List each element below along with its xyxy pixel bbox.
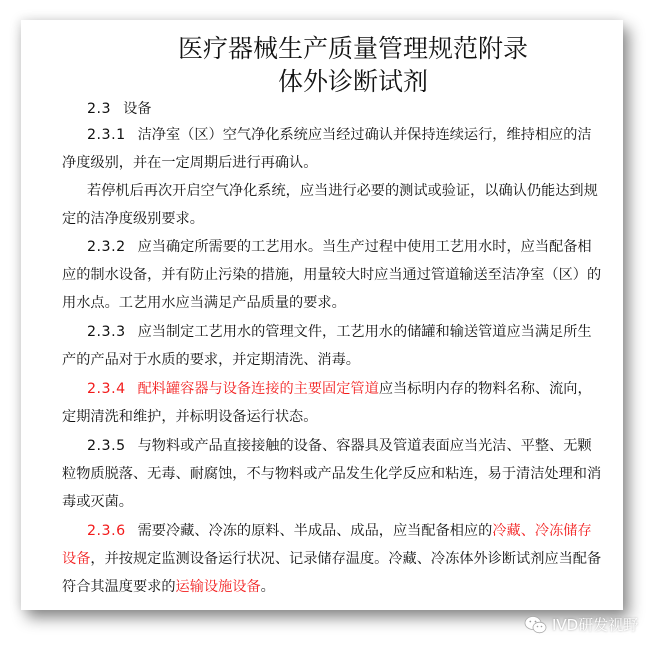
section-number: 2.3 (87, 101, 111, 117)
clause-text: 应当标明内存的物料名称、流向， (379, 381, 592, 397)
paragraph-2-3-4-line-2: 定期清洗和维护，并标明设备运行状态。 (62, 408, 317, 426)
highlighted-text: 配料罐容器与设备连接的主要固定管道 (138, 381, 379, 397)
paragraph-2-3-2-line-2: 应的制水设备，并有防止污染的措施，用量较大时应当通过管道输送至洁净室（区）的 (62, 266, 601, 284)
highlighted-text: 冷藏、冷冻储存 (492, 523, 591, 539)
clause-text: 应当确定所需要的工艺用水。当生产过程中使用工艺用水时，应当配备相 (138, 239, 592, 255)
paragraph-2-3-6-line-2: 设备，并按规定监测设备运行状况、记录储存温度。冷藏、冷冻体外诊断试剂应当配备 (62, 550, 601, 568)
clause-text: 。 (261, 579, 275, 595)
paragraph-2-3-6-line-1: 2.3.6需要冷藏、冷冻的原料、半成品、成品，应当配备相应的冷藏、冷冻储存 (87, 522, 592, 540)
clause-text: 与物料或产品直接接触的设备、容器具及管道表面应当光洁、平整、无颗 (138, 438, 592, 454)
clause-number: 2.3.2 (87, 239, 126, 255)
clause-number-highlighted: 2.3.4 (87, 381, 126, 397)
clause-text: 应当制定工艺用水的管理文件，工艺用水的储罐和输送管道应当满足所生 (138, 324, 592, 340)
paragraph-2-3-2-line-1: 2.3.2应当确定所需要的工艺用水。当生产过程中使用工艺用水时，应当配备相 (87, 238, 592, 256)
paragraph-2-3-3-line-2: 产的产品对于水质的要求，并定期清洗、消毒。 (62, 351, 360, 369)
clause-text: 需要冷藏、冷冻的原料、半成品、成品，应当配备相应的 (138, 523, 493, 539)
paragraph-2-3-4-line-1: 2.3.4配料罐容器与设备连接的主要固定管道应当标明内存的物料名称、流向， (87, 380, 592, 398)
section-label: 设备 (123, 101, 151, 117)
paragraph-2-3-6-line-3: 符合其温度要求的运输设施设备。 (62, 578, 275, 596)
document-page: 医疗器械生产质量管理规范附录 体外诊断试剂 2.3设备 2.3.1洁净室（区）空… (21, 20, 623, 610)
document-title: 医疗器械生产质量管理规范附录 (52, 29, 654, 65)
watermark: IVD研发视野 (524, 614, 638, 635)
paragraph-2-3-1-line-2: 净度级别，并在一定周期后进行再确认。 (62, 154, 317, 172)
wechat-icon (524, 615, 548, 635)
paragraph-restart-line-2: 定的洁净度级别要求。 (62, 210, 204, 228)
paragraph-2-3-2-line-3: 用水点。工艺用水应当满足产品质量的要求。 (62, 294, 346, 312)
clause-number: 2.3.3 (87, 324, 126, 340)
paragraph-restart-line-1: 若停机后再次开启空气净化系统，应当进行必要的测试或验证，以确认仍能达到规 (87, 182, 598, 200)
clause-number-highlighted: 2.3.6 (87, 523, 126, 539)
paragraph-2-3-1-line-1: 2.3.1洁净室（区）空气净化系统应当经过确认并保持连续运行，维持相应的洁 (87, 126, 592, 144)
section-heading: 2.3设备 (87, 100, 151, 118)
clause-number: 2.3.5 (87, 438, 126, 454)
highlighted-text: 设备 (62, 551, 90, 567)
paragraph-2-3-5-line-2: 粒物质脱落、无毒、耐腐蚀，不与物料或产品发生化学反应和粘连，易于清洁处理和消 (62, 465, 601, 483)
clause-text: ，并按规定监测设备运行状况、记录储存温度。冷藏、冷冻体外诊断试剂应当配备 (90, 551, 601, 567)
clause-number: 2.3.1 (87, 127, 126, 143)
paragraph-2-3-3-line-1: 2.3.3应当制定工艺用水的管理文件，工艺用水的储罐和输送管道应当满足所生 (87, 323, 592, 341)
paragraph-2-3-5-line-1: 2.3.5与物料或产品直接接触的设备、容器具及管道表面应当光洁、平整、无颗 (87, 437, 592, 455)
paragraph-2-3-5-line-3: 毒或灭菌。 (62, 493, 133, 511)
watermark-text: IVD研发视野 (552, 614, 638, 635)
clause-text: 符合其温度要求的 (62, 579, 176, 595)
document-subtitle: 体外诊断试剂 (52, 62, 654, 98)
highlighted-text: 运输设施设备 (176, 579, 261, 595)
clause-text: 洁净室（区）空气净化系统应当经过确认并保持连续运行，维持相应的洁 (138, 127, 592, 143)
